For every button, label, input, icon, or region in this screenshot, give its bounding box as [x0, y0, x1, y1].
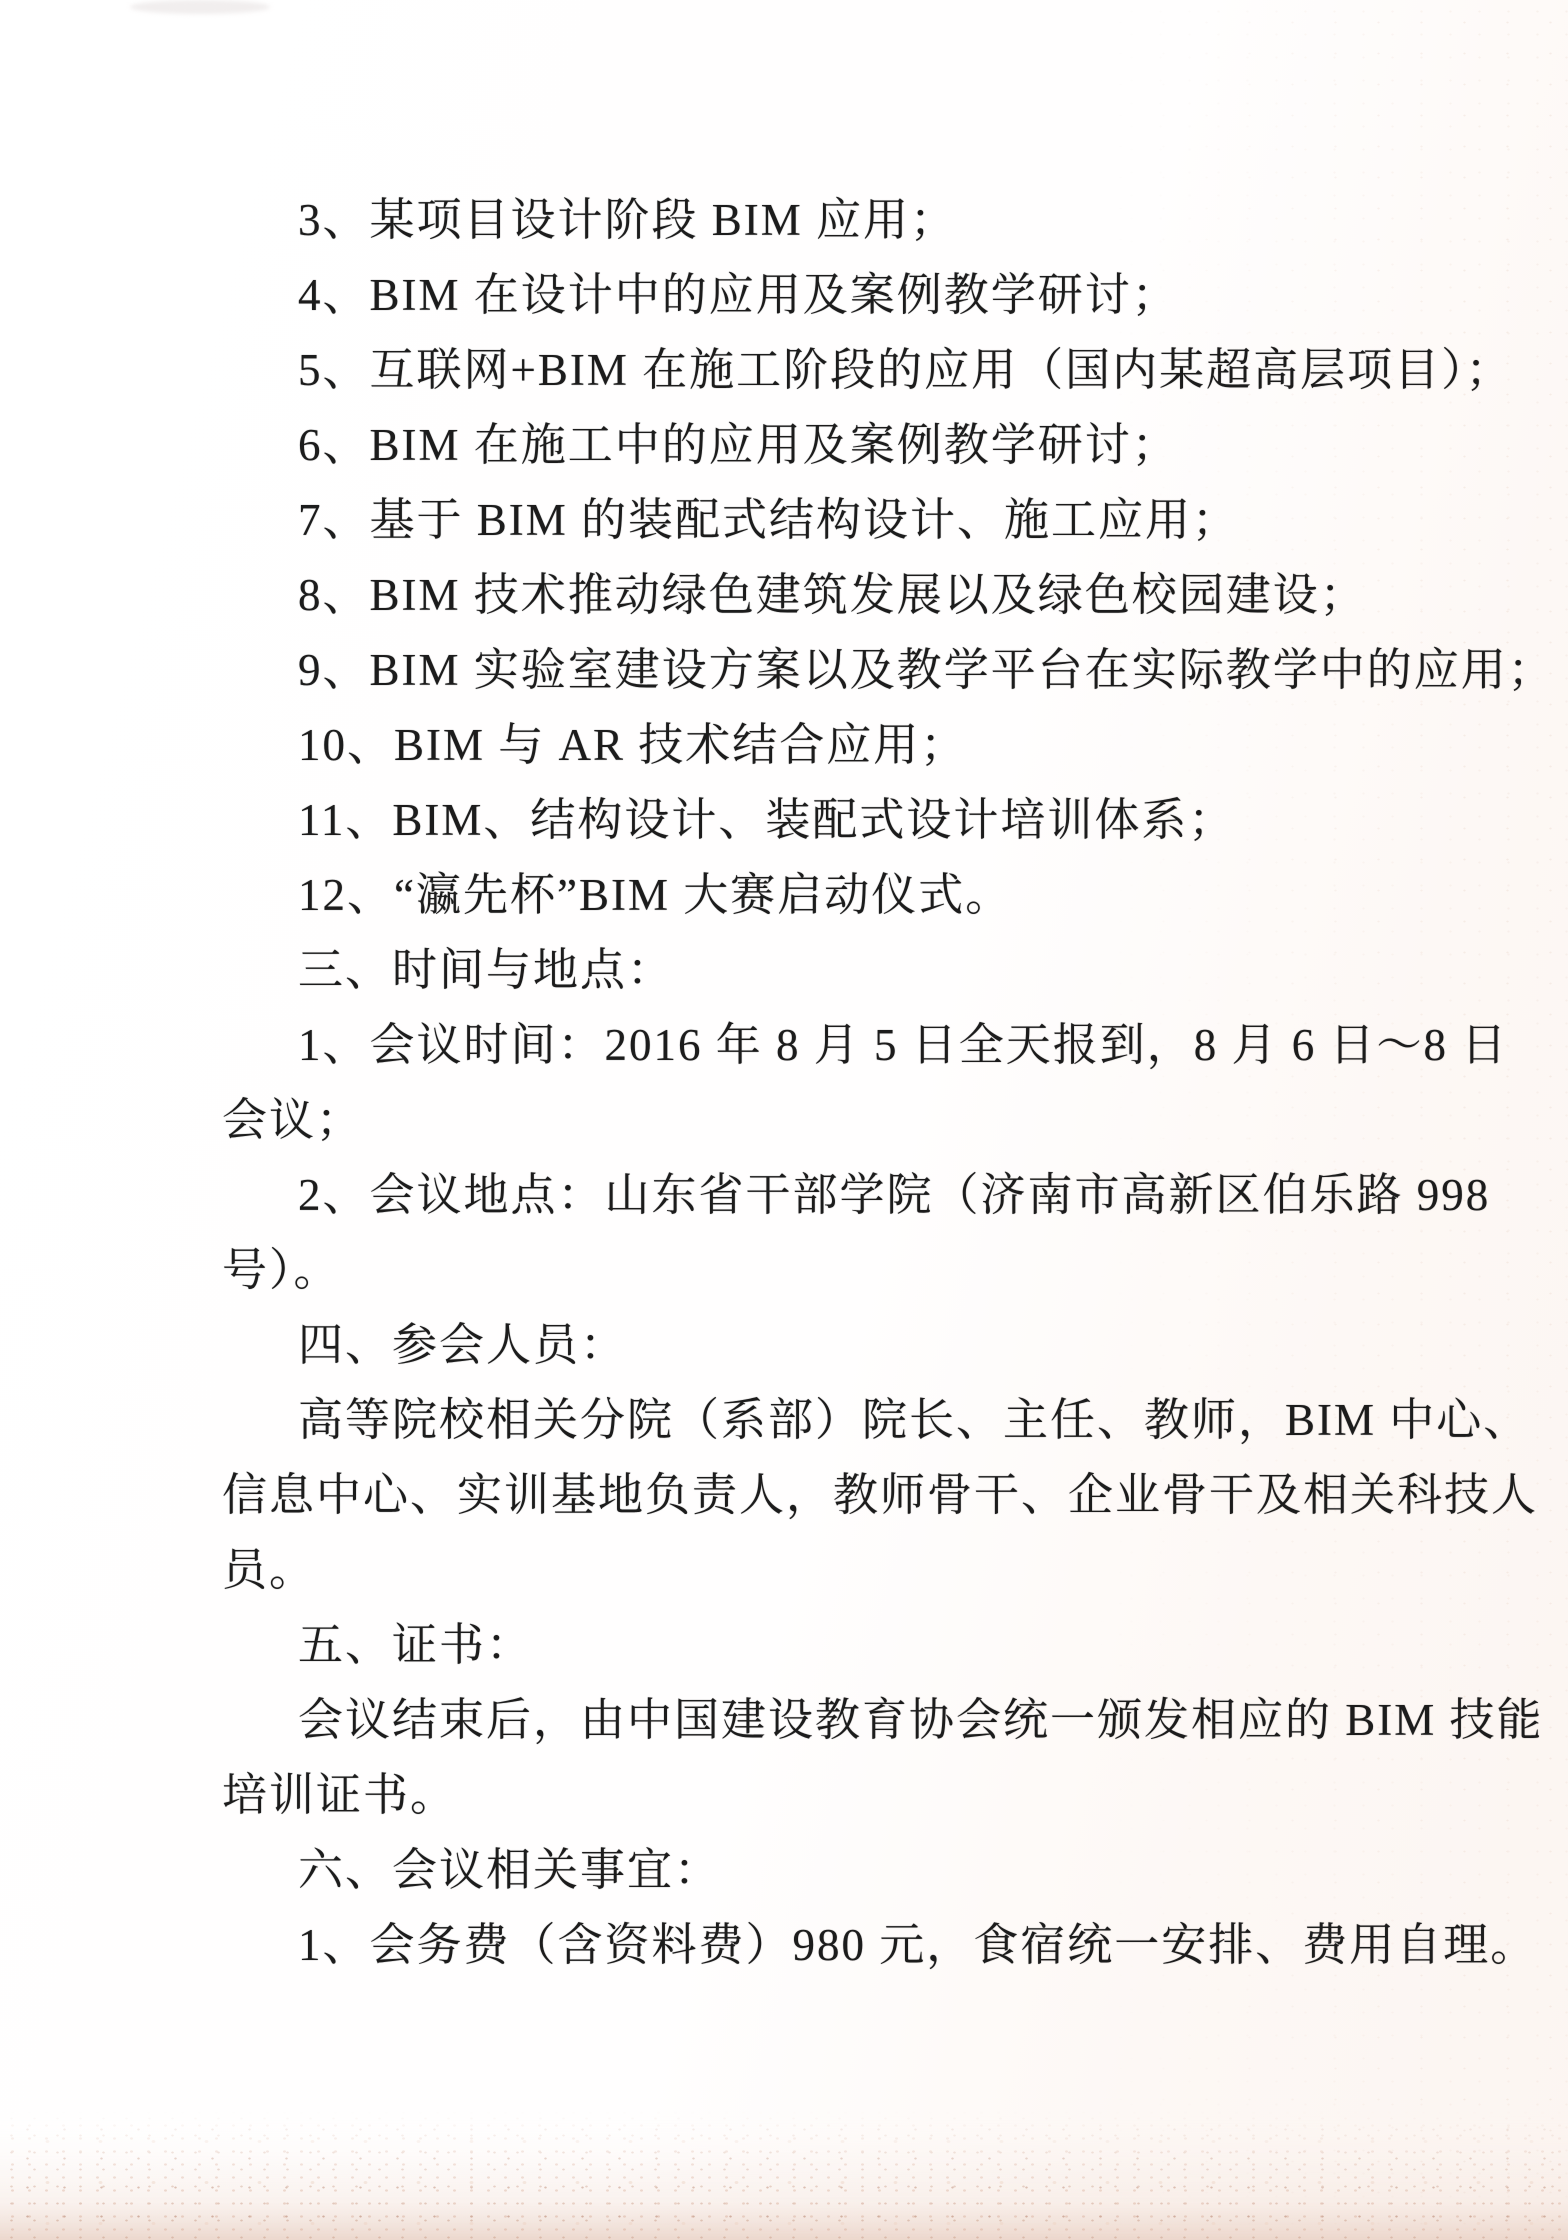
doc-line: 12、“瀛先杯”BIM 大赛启动仪式。 — [222, 858, 1352, 933]
doc-line: 培训证书。 — [222, 1758, 1352, 1833]
doc-line: 4、BIM 在设计中的应用及案例教学研讨； — [222, 258, 1352, 333]
doc-section-heading: 四、参会人员： — [222, 1308, 1352, 1383]
doc-line: 3、某项目设计阶段 BIM 应用； — [222, 183, 1352, 258]
scanned-page: 3、某项目设计阶段 BIM 应用； 4、BIM 在设计中的应用及案例教学研讨； … — [0, 0, 1568, 2240]
doc-line: 高等院校相关分院（系部）院长、主任、教师，BIM 中心、 — [222, 1383, 1352, 1458]
doc-line: 5、互联网+BIM 在施工阶段的应用（国内某超高层项目）； — [222, 333, 1352, 408]
doc-line: 会议； — [222, 1083, 1352, 1158]
doc-section-heading: 六、会议相关事宜： — [222, 1833, 1352, 1908]
doc-line: 会议结束后，由中国建设教育协会统一颁发相应的 BIM 技能 — [222, 1683, 1352, 1758]
scan-smudge — [130, 0, 270, 14]
scan-noise-bottom — [0, 2110, 1568, 2240]
doc-line: 7、基于 BIM 的装配式结构设计、施工应用； — [222, 483, 1352, 558]
doc-line: 号）。 — [222, 1233, 1352, 1308]
doc-line: 10、BIM 与 AR 技术结合应用； — [222, 708, 1352, 783]
doc-line: 1、会务费（含资料费）980 元，食宿统一安排、费用自理。 — [222, 1908, 1352, 1983]
doc-line: 2、会议地点：山东省干部学院（济南市高新区伯乐路 998 — [222, 1158, 1352, 1233]
doc-line: 1、会议时间：2016 年 8 月 5 日全天报到，8 月 6 日～8 日 — [222, 1008, 1352, 1083]
doc-line: 8、BIM 技术推动绿色建筑发展以及绿色校园建设； — [222, 558, 1352, 633]
doc-line: 6、BIM 在施工中的应用及案例教学研讨； — [222, 408, 1352, 483]
doc-section-heading: 五、证书： — [222, 1608, 1352, 1683]
doc-section-heading: 三、时间与地点： — [222, 933, 1352, 1008]
doc-line: 员。 — [222, 1533, 1352, 1608]
doc-line: 11、BIM、结构设计、装配式设计培训体系； — [222, 783, 1352, 858]
doc-line: 信息中心、实训基地负责人，教师骨干、企业骨干及相关科技人 — [222, 1458, 1352, 1533]
document-body: 3、某项目设计阶段 BIM 应用； 4、BIM 在设计中的应用及案例教学研讨； … — [222, 183, 1352, 1983]
doc-line: 9、BIM 实验室建设方案以及教学平台在实际教学中的应用； — [222, 633, 1352, 708]
